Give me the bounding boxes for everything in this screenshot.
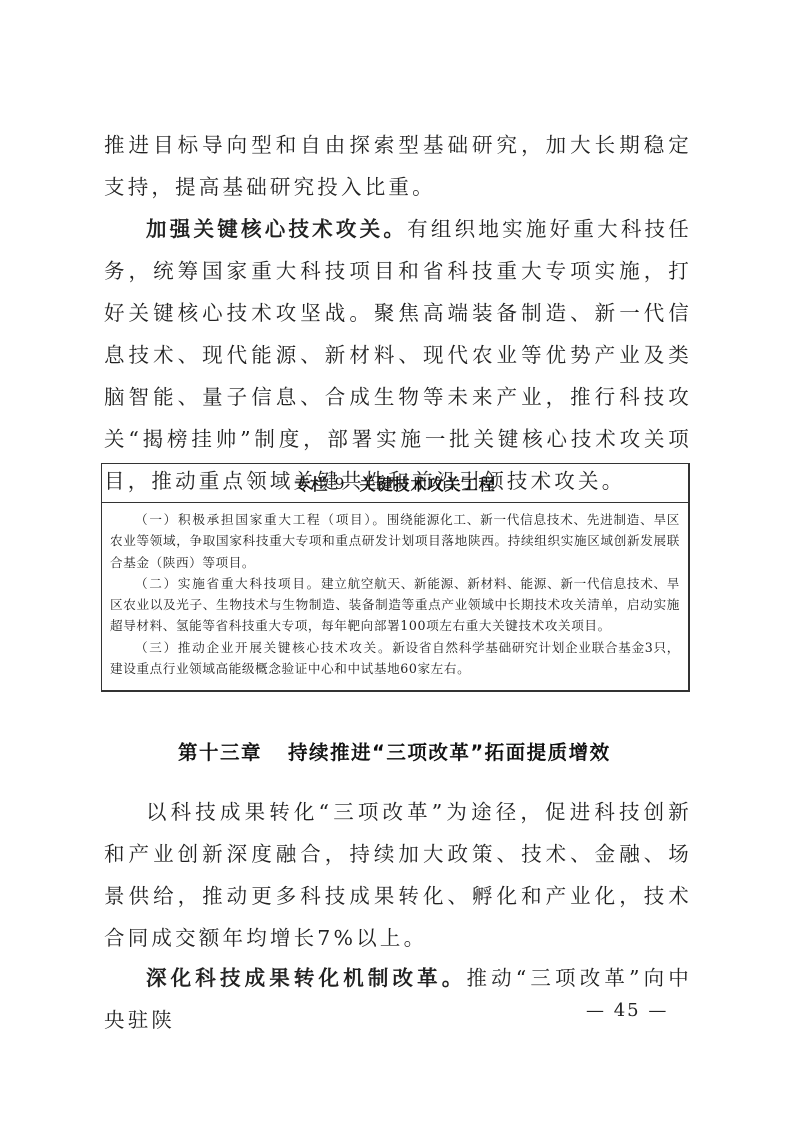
column-item-lead: （三）推动企业开展关键核心技术攻关。: [135, 640, 392, 655]
column-item: （一）积极承担国家重大工程（项目）。围绕能源化工、新一代信息技术、先进制造、旱区…: [110, 509, 680, 573]
column-item: （三）推动企业开展关键核心技术攻关。新设省自然科学基础研究计划企业联合基金3只，…: [110, 637, 680, 680]
paragraph-key-tech: 加强关键核心技术攻关。有组织地实施好重大科技任务，统筹国家重大科技项目和省科技重…: [104, 208, 692, 502]
chapter-title: 持续推进“三项改革”拓面提质增效: [288, 741, 611, 764]
column-item-lead: （二）实施省重大科技项目。: [135, 576, 321, 591]
column-number: 9: [334, 474, 345, 493]
chapter-number: 第十三章: [178, 741, 262, 764]
paragraph-lead: 加强关键核心技术攻关。: [146, 217, 407, 241]
paragraph-text: 以科技成果转化“三项改革”为途径，促进科技创新和产业创新深度融合，持续加大政策、…: [104, 800, 692, 950]
paragraph-text: 推进目标导向型和自由探索型基础研究，加大长期稳定支持，提高基础研究投入比重。: [104, 133, 692, 199]
column-item: （二）实施省重大科技项目。建立航空航天、新能源、新材料、能源、新一代信息技术、旱…: [110, 573, 680, 637]
page-number: — 45 —: [586, 1000, 668, 1021]
column-box-header: 专栏 9 关键技术攻关工程: [102, 464, 688, 503]
paragraph-lead: 深化科技成果转化机制改革。: [146, 966, 466, 990]
paragraph-deepen-reform: 深化科技成果转化机制改革。推动“三项改革”向中央驻陕: [104, 957, 692, 1041]
column-item-lead: （一）积极承担国家重大工程（项目）。: [135, 512, 387, 527]
chapter-heading: 第十三章持续推进“三项改革”拓面提质增效: [178, 737, 618, 765]
column-label: 专栏: [294, 472, 328, 495]
paragraph-text: 有组织地实施好重大科技任务，统筹国家重大科技项目和省科技重大专项实施，打好关键核…: [104, 217, 692, 493]
paragraph-basic-research: 推进目标导向型和自由探索型基础研究，加大长期稳定支持，提高基础研究投入比重。: [104, 124, 692, 208]
column-box: 专栏 9 关键技术攻关工程 （一）积极承担国家重大工程（项目）。围绕能源化工、新…: [101, 463, 690, 692]
column-title: 关键技术攻关工程: [360, 472, 496, 495]
column-box-body: （一）积极承担国家重大工程（项目）。围绕能源化工、新一代信息技术、先进制造、旱区…: [102, 503, 688, 679]
paragraph-three-reforms: 以科技成果转化“三项改革”为途径，促进科技创新和产业创新深度融合，持续加大政策、…: [104, 791, 692, 959]
